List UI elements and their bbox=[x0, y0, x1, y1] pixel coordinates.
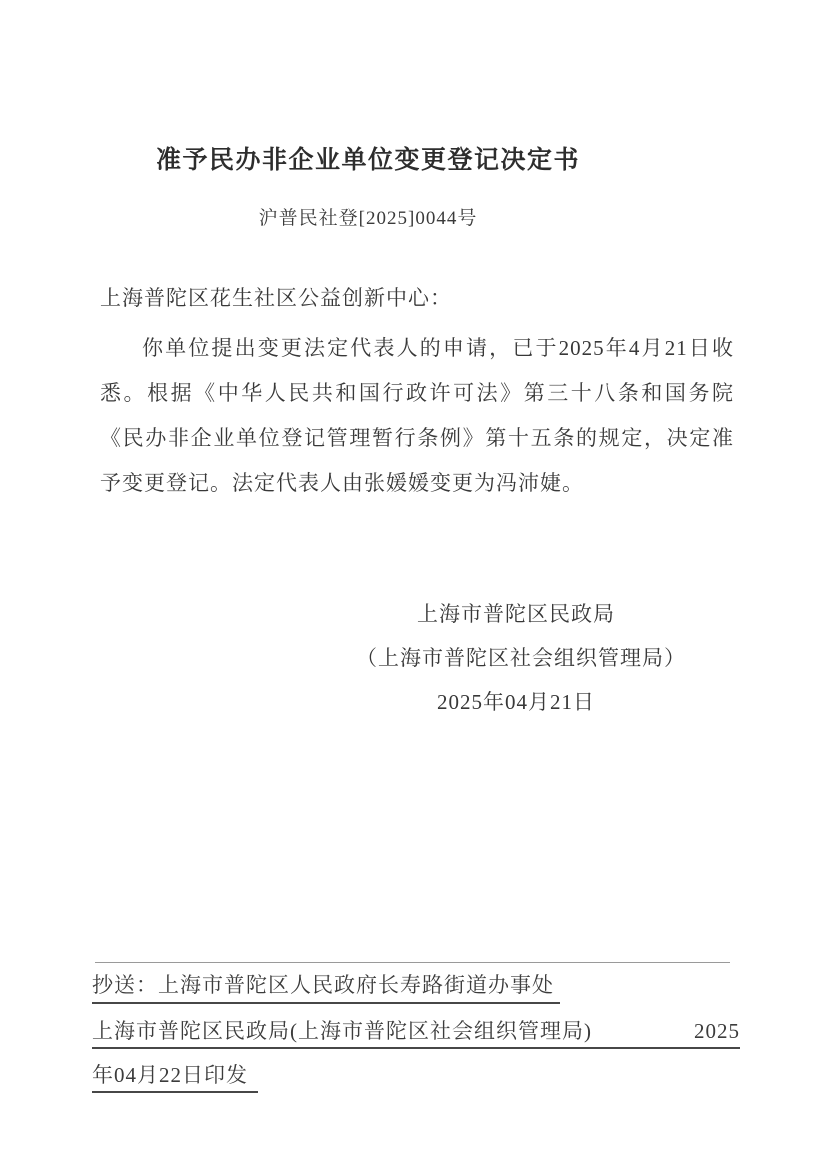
paragraph-line: 悉。根据《中华人民共和国行政许可法》第三十八条和国务院 bbox=[100, 371, 734, 416]
paragraph-line: 《民办非企业单位登记管理暂行条例》第十五条的规定，决定准 bbox=[100, 416, 734, 461]
footer-issuer-row: 上海市普陀区民政局(上海市普陀区社会组织管理局) 2025 bbox=[92, 1018, 740, 1049]
addressee-line: 上海普陀区花生社区公益创新中心： bbox=[100, 283, 452, 313]
signature-organization-alias: （上海市普陀区社会组织管理局） bbox=[356, 636, 676, 680]
footer-issue-date-line: 年04月22日印发 bbox=[92, 1062, 258, 1093]
footer-issuer-name: 上海市普陀区民政局(上海市普陀区社会组织管理局) bbox=[92, 1018, 592, 1044]
body-paragraph: 你单位提出变更法定代表人的申请，已于2025年4月21日收 悉。根据《中华人民共… bbox=[100, 326, 734, 506]
footer-cc-line: 抄送：上海市普陀区人民政府长寿路街道办事处 bbox=[92, 972, 560, 1004]
footer-issue-year: 2025 bbox=[694, 1018, 740, 1044]
signature-organization: 上海市普陀区民政局 bbox=[356, 592, 676, 636]
footer-block: 抄送：上海市普陀区人民政府长寿路街道办事处 上海市普陀区民政局(上海市普陀区社会… bbox=[92, 972, 740, 1093]
document-title: 准予民办非企业单位变更登记决定书 bbox=[100, 140, 636, 176]
paragraph-line: 你单位提出变更法定代表人的申请，已于2025年4月21日收 bbox=[100, 326, 734, 371]
signature-block: 上海市普陀区民政局 （上海市普陀区社会组织管理局） 2025年04月21日 bbox=[356, 592, 676, 724]
footer-divider-rule bbox=[95, 962, 730, 963]
scanned-document-page: 准予民办非企业单位变更登记决定书 沪普民社登[2025]0044号 上海普陀区花… bbox=[0, 0, 826, 1168]
signature-date: 2025年04月21日 bbox=[356, 680, 676, 724]
paragraph-line: 予变更登记。法定代表人由张媛媛变更为冯沛婕。 bbox=[100, 461, 734, 506]
document-number: 沪普民社登[2025]0044号 bbox=[100, 203, 636, 230]
